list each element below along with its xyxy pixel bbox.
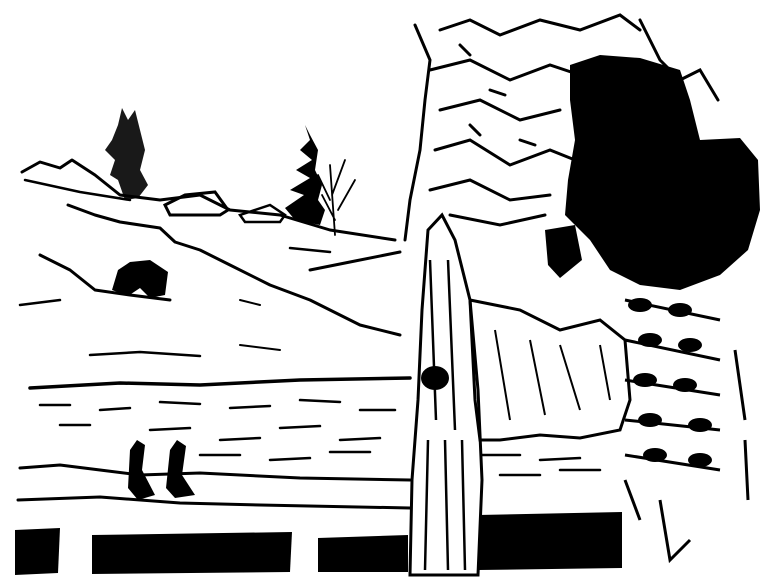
fence-boards — [15, 528, 60, 575]
distant-hill — [22, 160, 395, 240]
fence-boards — [318, 535, 408, 572]
dock-post — [166, 440, 195, 498]
house — [112, 260, 168, 298]
bare-tree — [318, 160, 355, 235]
dock-post — [128, 440, 155, 500]
illustration — [0, 0, 768, 583]
hanging-cloth — [470, 300, 630, 440]
hill-ridge — [68, 205, 400, 335]
fir-tree — [285, 125, 325, 225]
poplar-tree — [105, 108, 148, 200]
ink-drawing — [0, 0, 768, 583]
tree-trunk — [410, 215, 482, 575]
fence-boards — [92, 532, 292, 574]
dark-foliage — [565, 55, 760, 290]
fence-boards — [478, 512, 622, 570]
river-bank — [30, 378, 410, 388]
